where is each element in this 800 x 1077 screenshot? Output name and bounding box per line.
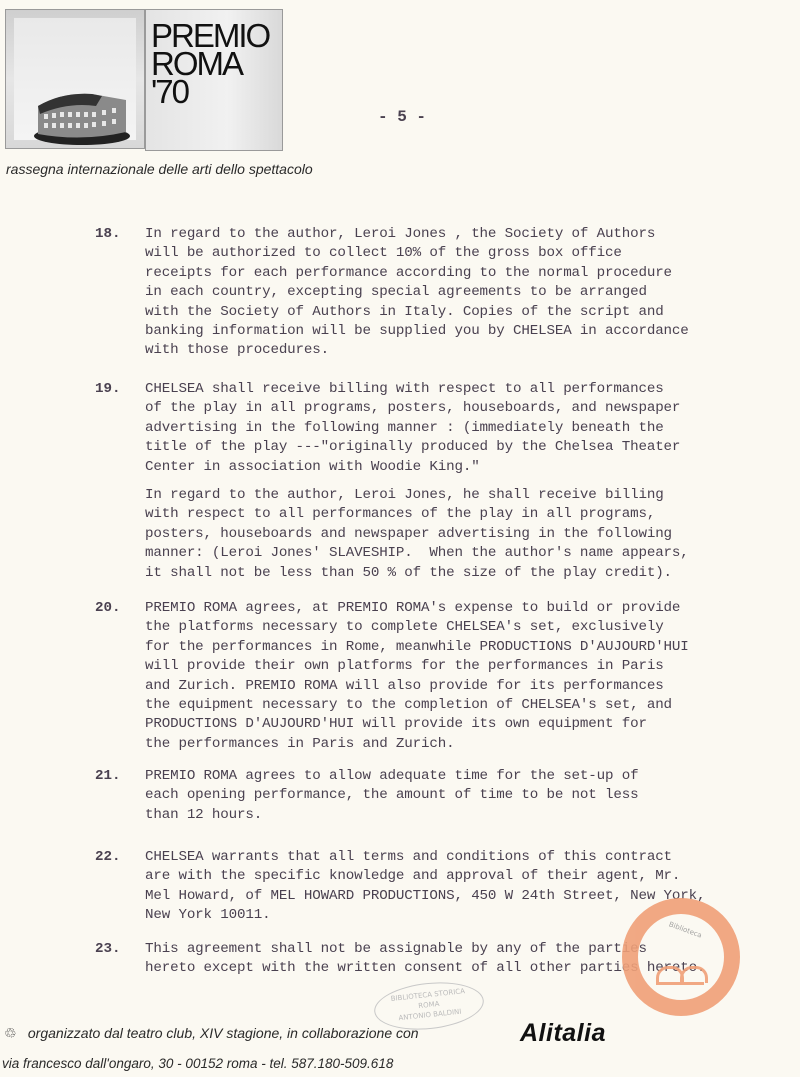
clause-21: 21. PREMIO ROMA agrees to allow adequate… [95,767,638,825]
clause-text: In regard to the author, Leroi Jones , t… [145,225,689,361]
clause-18: 18. In regard to the author, Leroi Jones… [95,225,689,361]
clause-number: 18. [95,225,121,244]
clause-text: CHELSEA shall receive billing with respe… [145,380,689,477]
clause-23: 23. This agreement shall not be assignab… [95,940,705,979]
clause-20: 20. PREMIO ROMA agrees, at PREMIO ROMA's… [95,599,689,754]
teatro-club-logo-icon: ♲ [4,1025,24,1042]
letterhead-tagline: rassegna internazionale delle arti dello… [6,161,313,177]
clause-text: PREMIO ROMA agrees to allow adequate tim… [145,767,638,825]
clause-number: 23. [95,940,121,959]
alitalia-logo: Alitalia [520,1019,606,1048]
clause-number: 19. [95,380,121,399]
clause-22: 22. CHELSEA warrants that all terms and … [95,848,705,926]
clause-text: PREMIO ROMA agrees, at PREMIO ROMA's exp… [145,599,689,754]
stamp-text: BIBLIOTECA STORICA ROMA ANTONIO BALDINI [390,987,465,1022]
clause-number: 20. [95,599,121,618]
footer-address: via francesco dall'ongaro, 30 - 00152 ro… [2,1056,393,1071]
arches-icon [656,962,704,985]
clause-text: In regard to the author, Leroi Jones, he… [145,486,689,583]
premio-roma-logo: PREMIO ROMA '70 [5,9,283,151]
page-number: - 5 - [378,108,426,126]
clause-number: 21. [95,767,121,786]
library-round-stamp: Biblioteca [622,898,740,1016]
clause-text: CHELSEA warrants that all terms and cond… [145,848,705,926]
clause-19: 19. CHELSEA shall receive billing with r… [95,380,689,583]
colosseum-icon [32,86,132,146]
colosseum-photo-box [5,9,145,149]
logo-title-box: PREMIO ROMA '70 [145,9,283,151]
clause-number: 22. [95,848,121,867]
organizer-text: organizzato dal teatro club, XIV stagion… [28,1025,419,1041]
stamp-text: Biblioteca [668,920,703,939]
footer-organizer: ♲ organizzato dal teatro club, XIV stagi… [4,1025,644,1042]
logo-title: PREMIO ROMA '70 [151,22,269,106]
